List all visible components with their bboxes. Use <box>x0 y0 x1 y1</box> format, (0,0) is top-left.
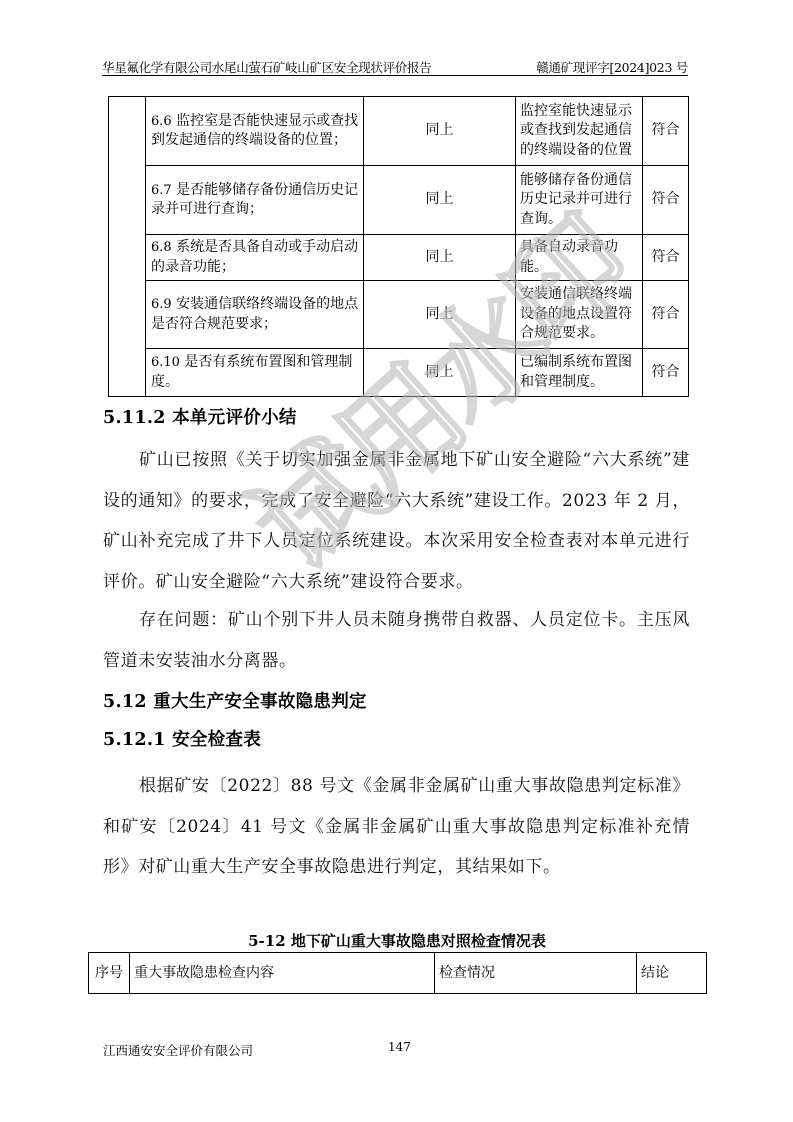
hazard-table: 序号 重大事故隐患检查内容 检查情况 结论 <box>88 952 707 994</box>
check-result: 已编制系统布置图和管理制度。 <box>516 349 643 397</box>
check-item: 6.8 系统是否具备自动或手动启动的录音功能； <box>146 235 364 281</box>
check-conclusion: 符合 <box>643 281 689 349</box>
check-method: 同上 <box>364 97 516 166</box>
check-item: 6.6 监控室是否能快速显示或查找到发起通信的终端设备的位置； <box>146 97 364 166</box>
table-row: 6.8 系统是否具备自动或手动启动的录音功能； 同上 具备自动录音功能。 符合 <box>109 235 689 281</box>
section-heading-5-11-2: 5.11.2 本单元评价小结 <box>103 404 297 429</box>
basis-paragraph: 根据矿安〔2022〕88 号文《金属非金属矿山重大事故隐患判定标准》和矿安〔20… <box>103 766 690 888</box>
check-conclusion: 符合 <box>643 235 689 281</box>
section-heading-5-12-1: 5.12.1 安全检查表 <box>103 726 261 751</box>
header-conclusion: 结论 <box>637 953 707 994</box>
report-number: 赣通矿现评字[2024]023 号 <box>536 58 688 76</box>
report-title: 华星氟化学有限公司水尾山萤石矿岐山矿区安全现状评价报告 <box>102 58 431 76</box>
category-cell <box>109 97 146 397</box>
check-table: 6.6 监控室是否能快速显示或查找到发起通信的终端设备的位置； 同上 监控室能快… <box>108 96 689 397</box>
issues-paragraph: 存在问题：矿山个别下井人员未随身携带自救器、人员定位卡。主压风管道未安装油水分离… <box>103 600 690 681</box>
table-header-row: 序号 重大事故隐患检查内容 检查情况 结论 <box>89 953 707 994</box>
check-result: 监控室能快速显示或查找到发起通信的终端设备的位置 <box>516 97 643 166</box>
check-item: 6.9 安装通信联络终端设备的地点是否符合规范要求； <box>146 281 364 349</box>
check-result: 具备自动录音功能。 <box>516 235 643 281</box>
header-content: 重大事故隐患检查内容 <box>130 953 435 994</box>
document-page: 华星氟化学有限公司水尾山萤石矿岐山矿区安全现状评价报告 赣通矿现评字[2024]… <box>0 0 793 1122</box>
table-row: 6.6 监控室是否能快速显示或查找到发起通信的终端设备的位置； 同上 监控室能快… <box>109 97 689 166</box>
check-method: 同上 <box>364 349 516 397</box>
footer-company: 江西通安安全评价有限公司 <box>103 1041 253 1059</box>
table-row: 6.7 是否能够储存备份通信历史记录并可进行查询； 同上 能够储存备份通信历史记… <box>109 166 689 235</box>
section-heading-5-12: 5.12 重大生产安全事故隐患判定 <box>103 688 367 713</box>
check-item: 6.10 是否有系统布置图和管理制度。 <box>146 349 364 397</box>
table-caption: 5-12 地下矿山重大事故隐患对照检查情况表 <box>88 930 706 951</box>
check-result: 安装通信联络终端设备的地点设置符合规范要求。 <box>516 281 643 349</box>
header-status: 检查情况 <box>435 953 637 994</box>
summary-paragraph: 矿山已按照《关于切实加强金属非金属地下矿山安全避险“六大系统”建设的通知》的要求… <box>103 440 690 602</box>
page-number: 147 <box>388 1040 411 1054</box>
check-conclusion: 符合 <box>643 166 689 235</box>
check-conclusion: 符合 <box>643 97 689 166</box>
header-seq: 序号 <box>89 953 130 994</box>
table-row: 6.9 安装通信联络终端设备的地点是否符合规范要求； 同上 安装通信联络终端设备… <box>109 281 689 349</box>
page-header: 华星氟化学有限公司水尾山萤石矿岐山矿区安全现状评价报告 赣通矿现评字[2024]… <box>102 57 688 76</box>
check-result: 能够储存备份通信历史记录并可进行查询。 <box>516 166 643 235</box>
check-method: 同上 <box>364 281 516 349</box>
check-item: 6.7 是否能够储存备份通信历史记录并可进行查询； <box>146 166 364 235</box>
table-row: 6.10 是否有系统布置图和管理制度。 同上 已编制系统布置图和管理制度。 符合 <box>109 349 689 397</box>
check-method: 同上 <box>364 166 516 235</box>
check-method: 同上 <box>364 235 516 281</box>
check-conclusion: 符合 <box>643 349 689 397</box>
